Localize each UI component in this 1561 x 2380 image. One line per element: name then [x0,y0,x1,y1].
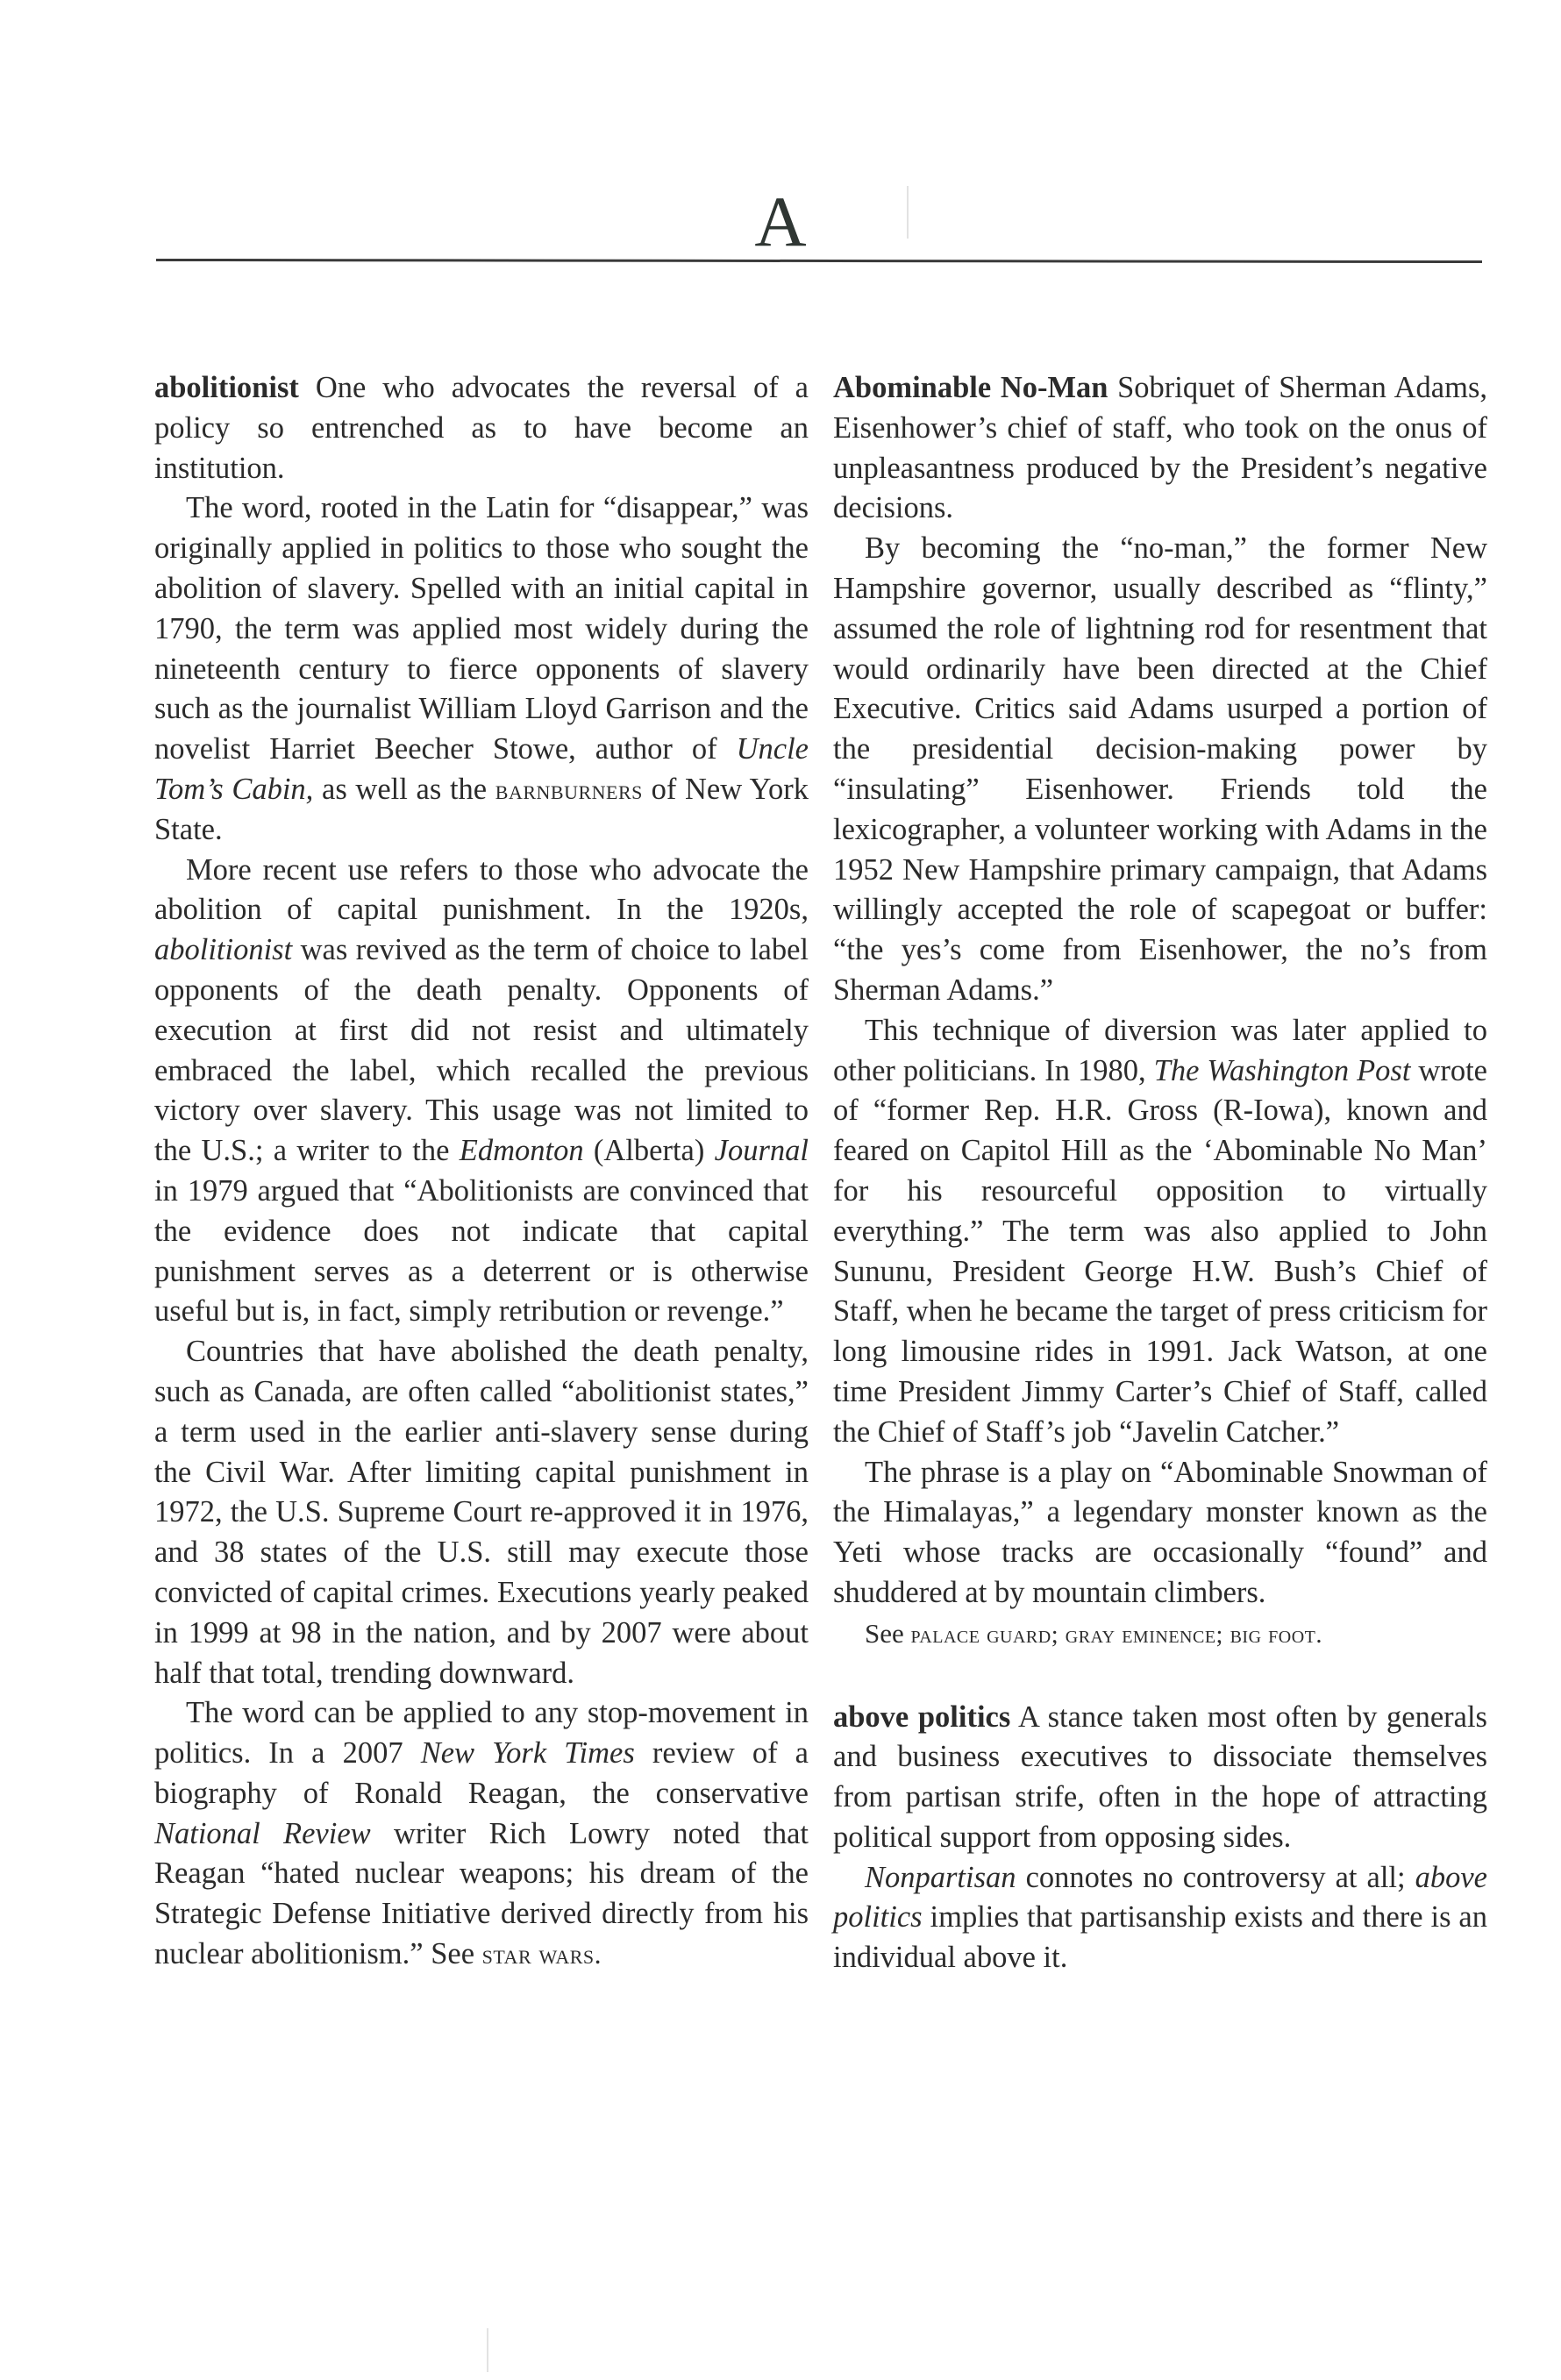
text-run: implies that partisanship exists and the… [833,1900,1487,1974]
text-run: The phrase is a play on “Abominable Snow… [833,1456,1487,1609]
italic-title: Nonpartisan [865,1861,1016,1894]
cross-reference-link[interactable]: palace guard; gray eminence; big foot. [911,1621,1323,1649]
text-run: More recent use refers to those who advo… [154,853,809,927]
scan-artifact [907,186,909,239]
headword: Abominable No-Man [833,371,1108,404]
body-paragraph: The phrase is a play on “Abominable Snow… [833,1453,1487,1614]
text-run: Countries that have abolished the death … [154,1335,809,1689]
entry-abolitionist: abolitionist One who advocates the rever… [154,368,809,1975]
cross-reference-link[interactable]: star wars. [482,1939,602,1970]
body-paragraph: Nonpartisan connotes no controversy at a… [833,1858,1487,1978]
text-run: wrote of “former Rep. H.R. Gross (R-Iowa… [833,1054,1487,1449]
italic-title: Journal [715,1134,809,1167]
section-letter-heading: A [0,186,1561,258]
left-column: abolitionist One who advocates the rever… [154,368,809,1975]
text-run: in 1979 argued that “Abolitionists are c… [154,1174,809,1328]
definition-paragraph: above politics A stance taken most often… [833,1698,1487,1858]
entry-above-politics: above politics A stance taken most often… [833,1698,1487,1979]
body-paragraph: The word can be applied to any stop-move… [154,1693,809,1975]
headword: abolitionist [154,371,299,404]
cross-reference-line: See palace guard; gray eminence; big foo… [833,1614,1487,1656]
scan-artifact [487,2328,488,2372]
text-run: connotes no controversy at all; [1016,1861,1415,1894]
italic-title: New York Times [421,1736,635,1770]
entry-abominable-no-man: Abominable No-Man Sobriquet of Sherman A… [833,368,1487,1656]
italic-title: National Review [154,1817,371,1850]
text-run: was revived as the term of choice to lab… [154,933,809,1167]
body-paragraph: Countries that have abolished the death … [154,1332,809,1693]
text-run: See [865,1618,911,1649]
header-rule [156,259,1482,263]
body-paragraph: By becoming the “no-man,” the former New… [833,529,1487,1011]
body-paragraph: The word, rooted in the Latin for “disap… [154,488,809,850]
definition-paragraph: abolitionist One who advocates the rever… [154,368,809,488]
definition-paragraph: Abominable No-Man Sobriquet of Sherman A… [833,368,1487,529]
right-column: Abominable No-Man Sobriquet of Sherman A… [833,368,1487,1978]
body-paragraph: More recent use refers to those who advo… [154,851,809,1333]
italic-title: The Washington Post [1154,1054,1411,1087]
text-run: By becoming the “no-man,” the former New… [833,531,1487,1007]
headword: above politics [833,1700,1010,1734]
cross-reference-link[interactable]: barnburners [495,774,643,805]
body-paragraph: This technique of diversion was later ap… [833,1011,1487,1453]
italic-title: Edmonton [460,1134,584,1167]
text-run: (Alberta) [584,1134,715,1167]
italic-title: abolitionist [154,933,292,966]
text-run: The word, rooted in the Latin for “disap… [154,491,809,766]
text-run: as well as the [313,773,495,806]
